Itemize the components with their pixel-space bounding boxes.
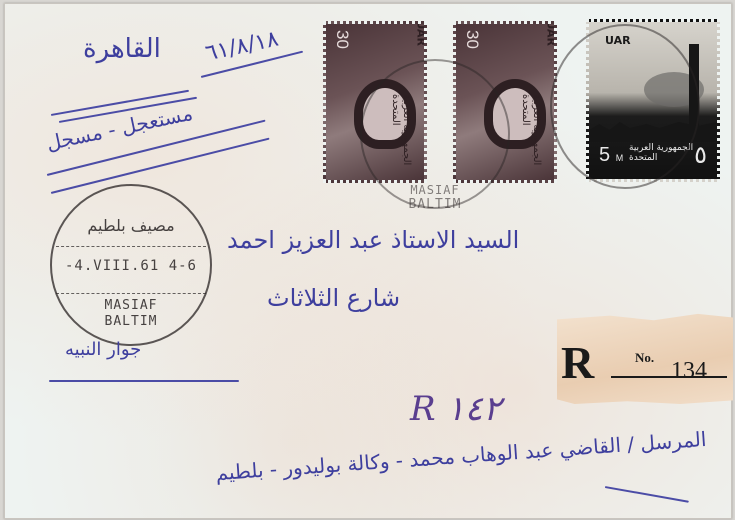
postmark-city: MASIAF [362, 183, 508, 197]
stamp-country: UAR [545, 21, 557, 46]
postmark-arabic-city: مصيف بلطيم [52, 216, 210, 235]
stamp-value: 30 [332, 30, 352, 49]
stamp-arabic-value: ٥ [694, 141, 707, 169]
ink-rule [605, 486, 689, 503]
registration-number: 134 [671, 358, 707, 385]
registration-no-label: No. [635, 350, 654, 366]
postmark-stamps: MASIAF BALTIM [360, 59, 510, 209]
handwritten-service: مستعجل - مسجل [44, 101, 195, 155]
stamp-arabic-text: الجمهورية العربية المتحدة [520, 94, 542, 180]
postmark-city: BALTIM [362, 197, 508, 212]
handwritten-sender: المرسل / القاضي عبد الوهاب محمد - وكالة … [215, 427, 707, 485]
handwritten-addressee: السيد الاستاذ عبد العزيز احمد [227, 226, 519, 254]
handwritten-area: جوار النبيه [65, 339, 141, 360]
stamp-value: 30 [462, 30, 482, 49]
handwritten-street: شارع الثلاثاث [267, 284, 400, 312]
handwritten-reg-number: R ١٤٢ [410, 389, 501, 429]
registration-label: R No. 134 [557, 312, 733, 404]
registration-letter: R [561, 336, 594, 389]
postmark-city: BALTIM [52, 314, 210, 329]
handwritten-city: القاهرة [83, 34, 161, 64]
envelope: 30 UAR الجمهورية العربية المتحدة 30 UAR … [4, 3, 732, 519]
stamp-country: UAR [415, 21, 427, 46]
postmark-date: -4.VIII.61 4-6 [52, 258, 210, 274]
postmark-city: MASIAF [52, 298, 210, 313]
postmark-stamp-5m [550, 24, 700, 189]
postmark-left: مصيف بلطيم -4.VIII.61 4-6 MASIAF BALTIM [50, 184, 212, 346]
ink-rule [49, 380, 239, 382]
registration-rule [611, 376, 727, 378]
